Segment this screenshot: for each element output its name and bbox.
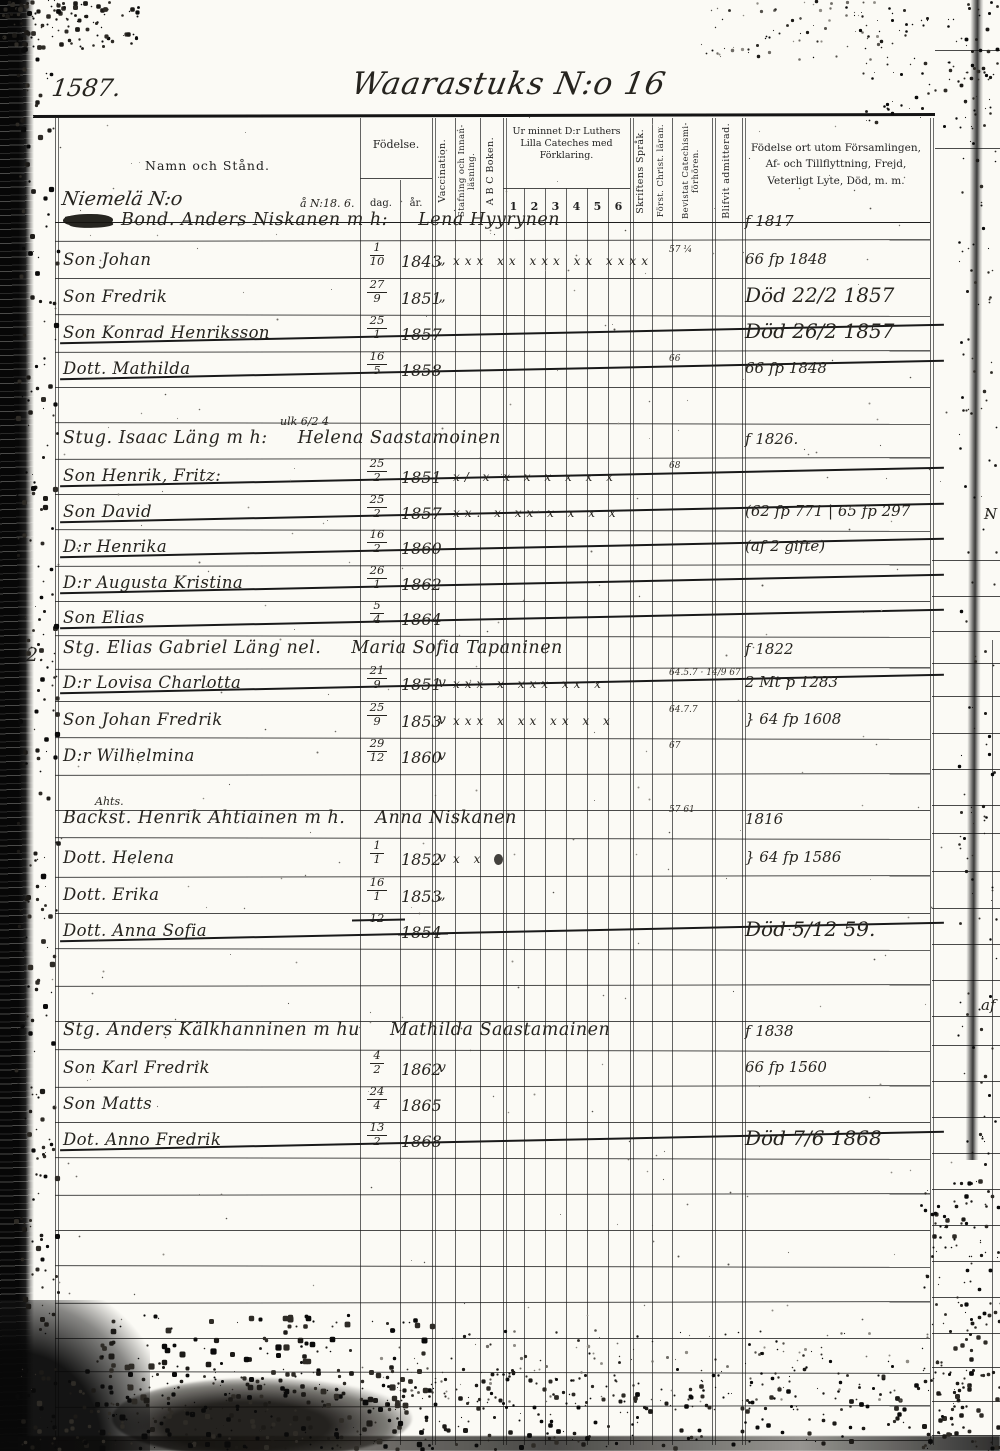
person-name: Son Johan — [63, 250, 151, 269]
top-rule — [33, 113, 935, 118]
birth-year: 1868 — [401, 1132, 442, 1151]
record-row: D:r Wilhelmina29121860v67 — [55, 740, 930, 776]
birth-day: 252 — [355, 494, 399, 519]
ink-blot — [494, 854, 503, 865]
remark-text: (62 fp 771 | 65 fp 297 — [745, 502, 910, 520]
vaccination-mark: v — [429, 675, 455, 691]
birth-day: 252 — [355, 458, 399, 483]
exam-note: 68 — [669, 461, 779, 471]
vaccination-mark: „ — [429, 252, 455, 268]
right-edge-note-mid: af — [981, 996, 996, 1014]
birth-day: 42 — [355, 1050, 399, 1075]
catechism-marks: x x — [453, 852, 503, 866]
catechism-header: Ur minnet D:r Luthers Lilla Cateches med… — [506, 126, 627, 162]
person-name: Son Karl Fredrik — [63, 1058, 210, 1077]
scanned-ledger-page: 1587. Waarastuks N:o 16 Namn och Stånd. … — [0, 0, 1000, 1451]
record-row: D:r Augusta Kristina2611862 — [55, 567, 930, 603]
birth-day: 219 — [355, 665, 399, 690]
record-row: Son Fredrik2791851„Död 22/2 1857 — [55, 281, 930, 317]
birth-year: 1858 — [401, 361, 442, 380]
margin-row-line — [932, 805, 1000, 806]
record-row: Dot. Anno Fredrik1321868Död 7/6 1868 — [55, 1124, 930, 1160]
record-row: Dott. Anna Sofia121854Död 5/12 59. — [55, 915, 930, 951]
remark-text: 66 fp 1848 — [745, 250, 827, 268]
person-name: Son Fredrik — [63, 287, 167, 306]
remark-text: 1816 — [745, 810, 783, 828]
birth-header: Födelse. — [360, 138, 432, 151]
birth-day: 259 — [355, 702, 399, 727]
spouse-name: Mathilda Saastamainen — [390, 1020, 610, 1040]
catechism-marks: xx. x xx x x x x — [453, 506, 621, 520]
margin-row-line — [932, 696, 1000, 697]
right-edge-note-top: N — [984, 505, 997, 523]
margin-row-line — [932, 733, 1000, 734]
remark-text: 2 Mt p 1283 — [745, 673, 838, 691]
remark-text: 66 fp 1560 — [745, 1058, 827, 1076]
head-of-household-name: Stg. Anders Kälkhanninen m hu — [63, 1020, 360, 1040]
name-column-header: Namn och Stånd. — [90, 158, 325, 173]
remark-text: 66 fp 1848 — [745, 359, 827, 377]
spouse-name: Anna Niskanen — [375, 808, 517, 828]
birth-day: 11 — [355, 840, 399, 865]
record-row: Dott. Helena111852vx x} 64 fp 1586 — [55, 842, 930, 878]
remark-text: Död 22/2 1857 — [745, 283, 894, 307]
record-row: Son David2521857xx. x xx x x x x(62 fp 7… — [55, 496, 930, 532]
catechism-marks: x/ x x x x x x x — [453, 470, 618, 484]
script-header: Skriftens Språk. — [636, 129, 647, 214]
birth-day: 12 — [355, 913, 399, 925]
birth-day: 279 — [355, 279, 399, 304]
exam-note: 67 — [669, 741, 779, 751]
birth-year: 1865 — [401, 1096, 442, 1115]
person-name: Dott. Helena — [63, 848, 174, 867]
page-number: 1587. — [50, 74, 123, 102]
head-of-household-name: Stug. Isaac Läng m h: — [63, 428, 268, 448]
vaccination-mark: „ — [429, 887, 455, 903]
birth-day: 132 — [355, 1122, 399, 1147]
column-line — [992, 640, 993, 1445]
record-row — [55, 951, 930, 987]
superscript-note: Ahts. — [95, 795, 124, 808]
remark-text: Död 5/12 59. — [745, 917, 875, 941]
record-row: Stg. Elias Gabriel Läng nel.Maria Sofia … — [55, 634, 930, 670]
birth-day: 2912 — [355, 738, 399, 763]
record-row: Dott. Mathilda16518586666 fp 1848 — [55, 353, 930, 389]
margin-row-line — [932, 1333, 1000, 1334]
person-name: Son Matts — [63, 1094, 152, 1113]
remarks-header: Födelse ort utom Församlingen, Af- och T… — [748, 140, 924, 189]
superscript-note: å N:18. 6. — [300, 197, 354, 210]
record-row: Backst. Henrik Ahtiainen m h.Anna Niskan… — [55, 804, 930, 840]
abc-header: A B C Boken. — [486, 137, 497, 205]
admitted-header: Blifvit admitterad. — [722, 123, 733, 219]
record-row: Son Johan Fredrik2591853vxxx x xx xx x x… — [55, 704, 930, 740]
record-row: Son Henrik, Fritz:2521851x/ x x x x x x … — [55, 460, 930, 496]
record-row — [55, 1160, 930, 1196]
record-row — [55, 1268, 930, 1304]
margin-row-line — [932, 560, 1000, 561]
birth-year: 1854 — [401, 923, 442, 942]
record-row — [55, 1304, 930, 1340]
record-row: Son Matts2441865 — [55, 1088, 930, 1124]
record-row — [55, 1338, 930, 1374]
vaccination-mark: „ — [429, 289, 455, 305]
birth-header-divider — [360, 178, 432, 179]
margin-row-line — [932, 663, 1000, 664]
birth-day: 54 — [355, 600, 399, 625]
birth-day: 161 — [355, 877, 399, 902]
margin-row-line — [932, 1401, 1000, 1402]
record-row: D:r Lovisa Charlotta2191851vxxx x xxx xx… — [55, 667, 930, 703]
superscript-note: ulk 6/2 4 — [280, 415, 329, 428]
birth-year: 1851 — [401, 468, 442, 487]
margin-row-line — [932, 631, 1000, 632]
record-row: Dott. Erika1611853„ — [55, 879, 930, 915]
margin-row-line — [935, 50, 1000, 51]
margin-row-line — [932, 1297, 1000, 1298]
birth-day: 244 — [355, 1086, 399, 1111]
record-head-name: Bond. Anders Niskanen m h:Lena Hyyrynen — [63, 210, 560, 230]
birth-day: 261 — [355, 565, 399, 590]
record-row: Son Johan1101843„xxx xx xxx xx xxxx57 ¼6… — [55, 244, 930, 280]
bottom-edge-shadow — [0, 1436, 1000, 1451]
ink-scribble — [63, 213, 113, 228]
birth-year: 1857 — [401, 325, 442, 344]
person-name: D:r Augusta Kristina — [63, 573, 938, 592]
birth-day: 165 — [355, 351, 399, 376]
margin-row-line — [932, 1261, 1000, 1262]
vaccination-mark: v — [429, 712, 455, 728]
head-of-household-name: Bond. Anders Niskanen m h: — [121, 210, 388, 230]
vaccination-mark: v — [429, 748, 455, 764]
birth-year: 1862 — [401, 575, 442, 594]
spouse-name: Maria Sofia Tapaninen — [351, 638, 563, 658]
remark-text: f 1822 — [745, 640, 794, 658]
remark-text: } 64 fp 1608 — [745, 710, 841, 728]
person-name: Dott. Erika — [63, 885, 159, 904]
birth-year: 1860 — [401, 539, 442, 558]
margin-row-line — [932, 1367, 1000, 1368]
margin-row-line — [932, 769, 1000, 770]
spouse-name: Helena Saastamoinen — [298, 428, 501, 448]
record-head-name: Stg. Elias Gabriel Läng nel.Maria Sofia … — [63, 638, 563, 658]
birth-year: 1864 — [401, 610, 442, 629]
person-name: Son Elias — [63, 608, 938, 627]
record-head-name: Backst. Henrik Ahtiainen m h.Anna Niskan… — [63, 808, 517, 828]
record-row — [55, 1196, 930, 1232]
remark-text: f 1838 — [745, 1022, 794, 1040]
left-binding-shadow — [0, 0, 34, 1451]
remark-text: Död 7/6 1868 — [745, 1126, 882, 1150]
record-row: Son Karl Fredrik421862v66 fp 1560 — [55, 1052, 930, 1088]
head-of-household-name: Stg. Elias Gabriel Läng nel. — [63, 638, 321, 658]
record-row — [55, 389, 930, 425]
record-row: Bond. Anders Niskanen m h:Lena Hyyrynenå… — [55, 206, 930, 242]
remark-text: f 1826. — [745, 430, 798, 448]
birth-day: 162 — [355, 529, 399, 554]
record-row: Stg. Anders Kälkhanninen m huMathilda Sa… — [55, 1016, 930, 1052]
remark-text: (af 2 gifte) — [745, 537, 825, 555]
vaccination-mark: v — [429, 1060, 455, 1076]
remark-text: } 64 fp 1586 — [745, 848, 841, 866]
record-row: Stug. Isaac Läng m h:Helena Saastamoinen… — [55, 424, 930, 460]
page-title: Waarastuks N:o 16 — [349, 66, 669, 102]
margin-row-line — [932, 596, 1000, 597]
birth-day: 251 — [355, 315, 399, 340]
catechism-marks: xxx x xx xx x x — [453, 714, 615, 728]
catechism-marks: xxx x xxx xx x — [453, 677, 606, 691]
record-row: Son Konrad Henriksson2511857Död 26/2 185… — [55, 317, 930, 353]
margin-row-line — [932, 1189, 1000, 1190]
record-head-name: Stug. Isaac Läng m h:Helena Saastamoinen — [63, 428, 501, 448]
birth-year: 1857 — [401, 504, 442, 523]
margin-row-line — [935, 148, 1000, 149]
corner-shadow — [0, 1300, 150, 1451]
christ-header: Först. Christ. läran. — [657, 124, 667, 217]
head-of-household-name: Backst. Henrik Ahtiainen m h. — [63, 808, 345, 828]
remark-text: f 1817 — [745, 212, 794, 230]
birth-day: 110 — [355, 242, 399, 267]
remark-text: Död 26/2 1857 — [745, 319, 894, 343]
person-name: Son Johan Fredrik — [63, 710, 223, 729]
record-row: D:r Henrika1621860(af 2 gifte) — [55, 531, 930, 567]
vaccination-header: Vaccination. — [438, 139, 449, 203]
page-fold-line — [965, 0, 983, 1160]
record-row: Son Elias541864 — [55, 602, 930, 638]
vaccination-mark: v — [429, 850, 455, 866]
person-name: D:r Wilhelmina — [63, 746, 195, 765]
margin-row-line — [932, 1225, 1000, 1226]
record-head-name: Stg. Anders Kälkhanninen m huMathilda Sa… — [63, 1020, 610, 1040]
catechism-marks: xxx xx xxx xx xxxx — [453, 254, 653, 268]
noise-pepper — [0, 0, 1, 1]
spouse-name: Lena Hyyrynen — [418, 210, 560, 230]
record-row — [55, 1232, 930, 1268]
column-line — [930, 118, 934, 1445]
